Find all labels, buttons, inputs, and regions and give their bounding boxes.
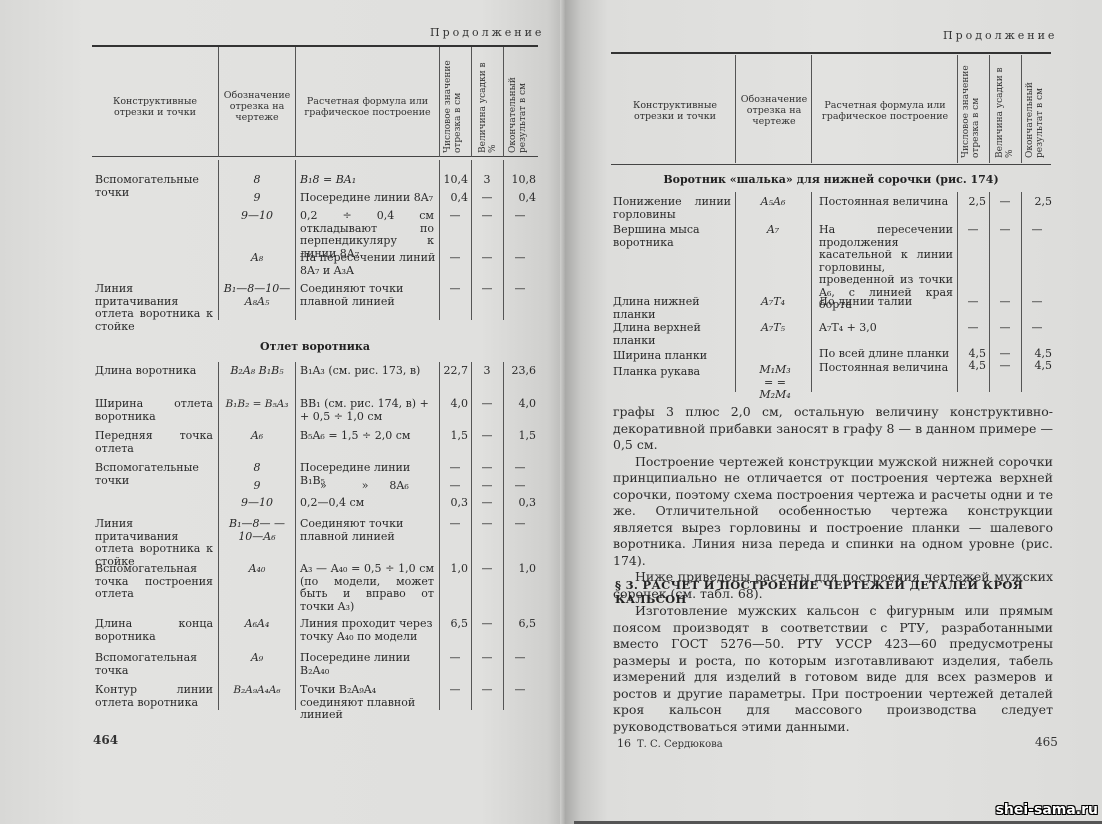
column-divider [295,160,296,320]
column-divider [503,47,504,157]
column-divider [439,47,440,157]
page-number-right: 465 [1035,735,1058,749]
header-formula: Расчетная формула или графическое постро… [817,100,953,122]
continuation-label: Продолжение [943,29,1057,42]
header-numeric-value: Числовое значение отрезка в см [961,58,983,158]
paragraph: Изготовление мужских кальсон с фигурным … [613,603,1053,735]
column-divider [735,192,736,392]
header-segments: Конструктивные отрезки и точки [620,100,730,122]
header-shrinkage: Величина усадки в % [995,58,1015,158]
paragraph: графы 3 плюс 2,0 см, остальную величину … [613,404,1053,454]
section-title-shawl-collar: Воротник «шалька» для нижней сорочки (ри… [611,173,1051,186]
watermark: shei-sama.ru [996,802,1098,818]
author-name: Т. С. Сердюкова [637,739,723,750]
section-heading: § 3. РАСЧЕТ И ПОСТРОЕНИЕ ЧЕРТЕЖЕЙ ДЕТАЛЕ… [615,578,1055,606]
column-divider [989,55,990,163]
header-designation: Обозначение отрезка на чертеже [222,90,292,123]
column-divider [811,192,812,392]
column-divider [957,55,958,163]
column-divider [218,160,219,320]
column-divider [1021,55,1022,163]
header-numeric-value: Числовое значение отрезка в см [443,55,465,153]
signature-mark: 16 [617,737,631,750]
header-shrinkage: Величина усадки в % [478,55,498,153]
paragraph: Построение чертежей конструкции мужской … [613,454,1053,570]
column-divider [811,55,812,163]
table-top-rule [611,52,1051,54]
header-final-result: Окончательный результат в см [1025,58,1047,158]
right-page: Продолжение Конструктивные отрезки и точ… [565,0,1102,824]
page-number-left: 464 [93,733,118,747]
continuation-label: Продолжение [430,26,544,39]
column-divider [218,362,219,710]
header-formula: Расчетная формула или графическое постро… [300,96,435,118]
column-divider [295,47,296,157]
column-divider [295,362,296,710]
table-header-rule [611,164,1051,165]
header-final-result: Окончательный результат в см [508,55,530,153]
body-text: графы 3 плюс 2,0 см, остальную величину … [613,404,1053,602]
header-segments: Конструктивные отрезки и точки [100,96,210,118]
header-designation: Обозначение отрезка на чертеже [739,94,809,127]
column-divider [471,47,472,157]
column-divider [735,55,736,163]
section-body-text: Изготовление мужских кальсон с фигурным … [613,603,1053,735]
section-title-collar-flap: Отлет воротника [92,340,538,353]
left-page: Продолжение Конструктивные отрезки и точ… [0,0,565,824]
column-divider [218,47,219,157]
